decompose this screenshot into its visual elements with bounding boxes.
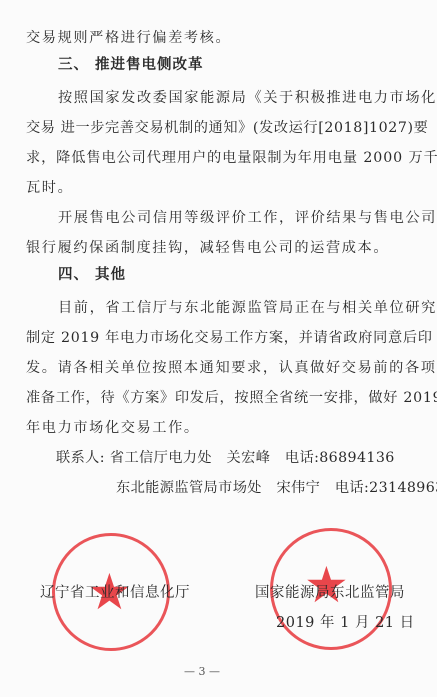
text-line: 交易规则严格进行偏差考核。 [26, 28, 416, 48]
contact-line-1: 联系人: 省工信厅电力处 关宏峰 电话:86894136 [56, 448, 437, 468]
page-number: — 3 — [184, 665, 220, 678]
contact-line-2: 东北能源监管局市场处 宋伟宁 电话:23148963 [116, 478, 437, 498]
text-line: 发。请各相关单位按照本通知要求，认真做好交易前的各项 [26, 358, 416, 378]
text-line: 按照国家发改委国家能源局《关于积极推进电力市场化 [58, 88, 437, 108]
text-line: 求，降低售电公司代理用户的电量限制为年用电量 2000 万千 [26, 148, 416, 168]
text-line: 开展售电公司信用等级评价工作，评价结果与售电公司 [58, 208, 437, 228]
text-line: 目前，省工信厅与东北能源监管局正在与相关单位研究 [58, 298, 437, 318]
section-heading-3: 三、 推进售电侧改革 [58, 55, 437, 75]
text-line: 交易 进一步完善交易机制的通知》(发改运行[2018]1027)要 [26, 118, 416, 138]
text-line: 年电力市场化交易工作。 [26, 418, 416, 438]
text-line: 瓦时。 [26, 178, 416, 198]
signature-left-org: 辽宁省工业和信息化厅 [40, 581, 190, 602]
signature-right-org: 国家能源局东北监管局 [255, 581, 405, 602]
signature-date: 2019 年 1 月 21 日 [276, 611, 415, 632]
text-line: 银行履约保函制度挂钩，减轻售电公司的运营成本。 [26, 238, 416, 258]
text-line: 准备工作，待《方案》印发后，按照全省统一安排，做好 2019 [26, 388, 416, 408]
section-heading-4: 四、 其他 [58, 265, 437, 285]
text-line: 制定 2019 年电力市场化交易工作方案，并请省政府同意后印 [26, 328, 416, 348]
